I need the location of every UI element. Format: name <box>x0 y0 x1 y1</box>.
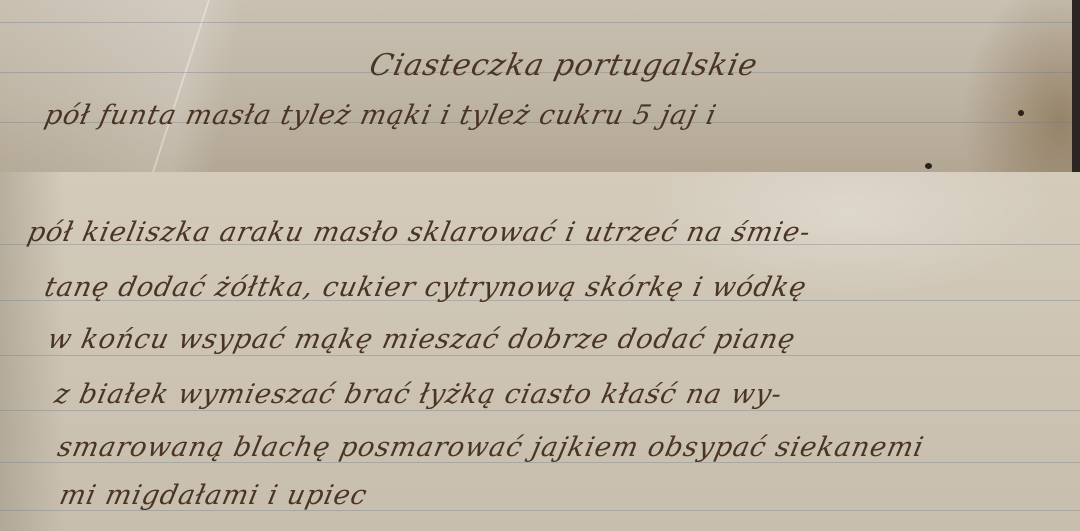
recipe-line-5: z białek wymieszać brać łyżką ciasto kła… <box>52 379 786 410</box>
top-photo-fragment: Ciasteczka portugalskie pół funta masła … <box>0 0 1080 172</box>
recipe-line-7: mi migdałami i upiec <box>57 480 371 511</box>
ink-spot <box>1018 110 1024 116</box>
recipe-line-2: pół kieliszka araku masło sklarować i ut… <box>25 217 814 248</box>
ruled-line <box>0 410 1080 411</box>
bottom-photo-fragment: pół kieliszka araku masło sklarować i ut… <box>0 172 1080 531</box>
recipe-line-4: w końcu wsypać mąkę mieszać dobrze dodać… <box>45 324 799 355</box>
recipe-title: Ciasteczka portugalskie <box>366 48 761 83</box>
recipe-line-6: smarowaną blachę posmarować jajkiem obsy… <box>55 432 927 463</box>
ink-spot <box>925 163 932 169</box>
recipe-line-1: pół funta masła tyleż mąki i tyleż cukru… <box>42 100 720 131</box>
ruled-line <box>0 355 1080 356</box>
recipe-line-3: tanę dodać żółtka, cukier cytrynową skór… <box>42 272 810 303</box>
ruled-line <box>0 22 1080 23</box>
paper-crease <box>152 0 210 172</box>
